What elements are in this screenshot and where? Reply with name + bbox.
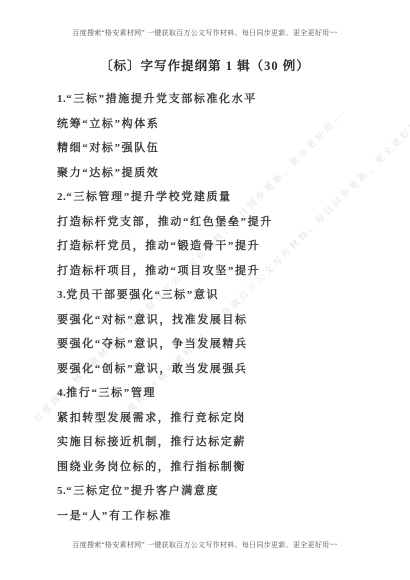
outline-line: 一是“人”有工作标准 — [57, 504, 394, 529]
line-text: 党员干部要强化“三标”意识 — [66, 289, 219, 301]
outline-line: 要强化“夺标”意识，争当发展精兵 — [57, 332, 394, 357]
header-promo-note: 百度搜索“格安素材网” 一键获取百万公文写作材料、每日同步更新、更全更好用~~ — [0, 28, 410, 38]
line-text: 要强化“对标”意识，找准发展目标 — [57, 314, 248, 326]
line-text: 紧扣转型发展需求，推行竞标定岗 — [57, 412, 246, 424]
document-page: 百度搜索“格安素材网”一键获取百万公文写作材料、每日同步更新、更全更好用~~ 百… — [0, 0, 410, 580]
line-text: 要强化“创标”意识，敢当发展强兵 — [57, 363, 248, 375]
outline-line: 实施目标接近机制，推行达标定薪 — [57, 430, 394, 455]
line-text: “三标”措施提升党支部标准化水平 — [66, 93, 257, 105]
outline-line: 围绕业务岗位标的，推行指标制衡 — [57, 455, 394, 480]
outline-line: 打造标杆项目，推动“项目攻坚”提升 — [57, 259, 394, 284]
outline-line: 统筹“立标”构体系 — [57, 112, 394, 137]
outline-section-heading: 1.“三标”措施提升党支部标准化水平 — [57, 87, 394, 112]
line-text: “三标定位”提升客户满意度 — [66, 485, 219, 497]
outline-section-heading: 3.党员干部要强化“三标”意识 — [57, 283, 394, 308]
line-text: 统筹“立标”构体系 — [57, 118, 159, 130]
outline-line: 打造标杆党支部，推动“红色堡垒”提升 — [57, 210, 394, 235]
outline-line: 紧扣转型发展需求，推行竞标定岗 — [57, 406, 394, 431]
line-text: “三标管理”提升学校党建质量 — [66, 191, 231, 203]
outline-section-heading: 5.“三标定位”提升客户满意度 — [57, 479, 394, 504]
section-number: 2. — [57, 191, 66, 203]
section-number: 1. — [57, 93, 66, 105]
line-text: 打造标杆项目，推动“项目攻坚”提升 — [57, 265, 260, 277]
section-number: 5. — [57, 485, 66, 497]
outline-section-heading: 4.推行“三标”管理 — [57, 381, 394, 406]
line-text: 精细“对标”强队伍 — [57, 142, 159, 154]
line-text: 实施目标接近机制，推行达标定薪 — [57, 436, 246, 448]
line-text: 要强化“夺标”意识，争当发展精兵 — [57, 338, 248, 350]
outline-line: 要强化“对标”意识，找准发展目标 — [57, 308, 394, 333]
outline-line: 聚力“达标”提质效 — [57, 161, 394, 186]
document-title: 〔标〕字写作提纲第 1 辑（30 例） — [0, 56, 410, 74]
section-number: 4. — [57, 387, 66, 399]
line-text: 推行“三标”管理 — [66, 387, 156, 399]
outline-section-heading: 2.“三标管理”提升学校党建质量 — [57, 185, 394, 210]
outline-line: 要强化“创标”意识，敢当发展强兵 — [57, 357, 394, 382]
outline-line: 打造标杆党员，推动“锻造骨干”提升 — [57, 234, 394, 259]
footer-promo-note: 百度搜索“格安素材网” 一键获取百万公文写作材料、每日同步更新、更全更好用~~ — [0, 540, 410, 550]
line-text: 围绕业务岗位标的，推行指标制衡 — [57, 461, 246, 473]
line-text: 一是“人”有工作标准 — [57, 510, 172, 522]
line-text: 聚力“达标”提质效 — [57, 167, 159, 179]
outline-body: 1.“三标”措施提升党支部标准化水平 统筹“立标”构体系 精细“对标”强队伍 聚… — [57, 87, 394, 528]
line-text: 打造标杆党员，推动“锻造骨干”提升 — [57, 240, 260, 252]
line-text: 打造标杆党支部，推动“红色堡垒”提升 — [57, 216, 273, 228]
outline-line: 精细“对标”强队伍 — [57, 136, 394, 161]
section-number: 3. — [57, 289, 66, 301]
